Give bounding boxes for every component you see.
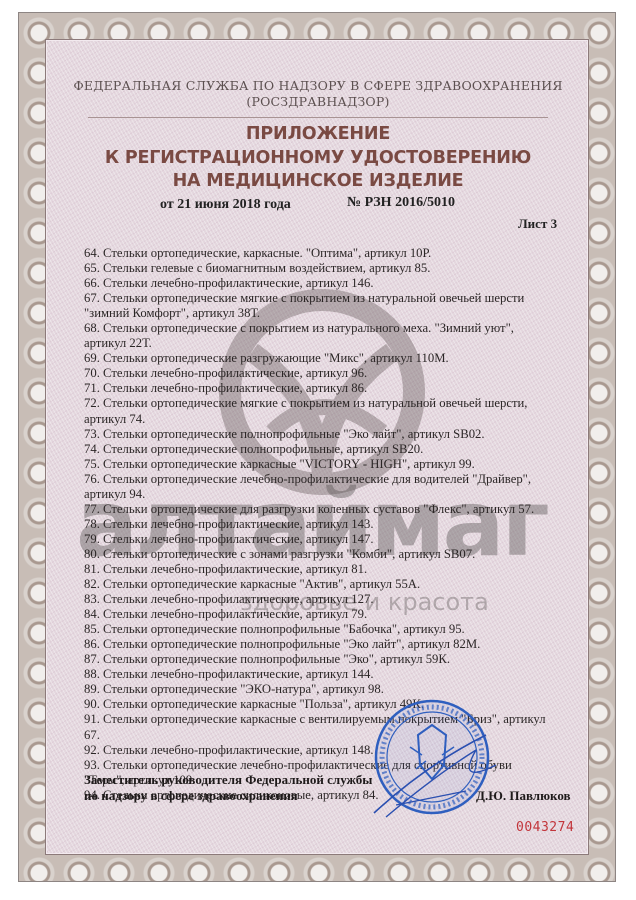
document-title-line-2: К РЕГИСТРАЦИОННОМУ УДОСТОВЕРЕНИЮ (0, 148, 636, 168)
registration-number: № РЗН 2016/5010 (347, 195, 455, 211)
list-item: 87. Стельки ортопедические полнопрофильн… (84, 652, 554, 667)
signatory-title-line-1: Заместитель руководителя Федеральной слу… (84, 772, 372, 788)
list-item: 72. Стельки ортопедические мягкие с покр… (84, 396, 554, 426)
list-item: 86. Стельки ортопедические полнопрофильн… (84, 637, 554, 652)
list-item: 70. Стельки лечебно-профилактические, ар… (84, 366, 554, 381)
list-item: 71. Стельки лечебно-профилактические, ар… (84, 381, 554, 396)
signatory-title-line-2: по надзору в сфере здравоохранения (84, 788, 298, 804)
list-item: 83. Стельки лечебно-профилактические, ар… (84, 592, 554, 607)
list-item: 66. Стельки лечебно-профилактические, ар… (84, 276, 554, 291)
official-seal-icon (366, 695, 501, 825)
serial-number: 0043274 (516, 820, 574, 835)
list-item: 79. Стельки лечебно-профилактические, ар… (84, 532, 554, 547)
list-item: 73. Стельки ортопедические полнопрофильн… (84, 427, 554, 442)
document-title-line-1: ПРИЛОЖЕНИЕ (0, 124, 636, 144)
list-item: 80. Стельки ортопедические с зонами разг… (84, 547, 554, 562)
agency-abbreviation: (РОСЗДРАВНАДЗОР) (0, 94, 636, 109)
agency-name: ФЕДЕРАЛЬНАЯ СЛУЖБА ПО НАДЗОРУ В СФЕРЕ ЗД… (0, 78, 636, 93)
list-item: 67. Стельки ортопедические мягкие с покр… (84, 291, 554, 321)
sheet-number: Лист 3 (518, 216, 557, 232)
list-item: 88. Стельки лечебно-профилактические, ар… (84, 667, 554, 682)
list-item: 64. Стельки ортопедические, каркасные. "… (84, 246, 554, 261)
issue-date: от 21 июня 2018 года (160, 197, 291, 213)
list-item: 76. Стельки ортопедические лечебно-профи… (84, 472, 554, 502)
header-divider (88, 117, 548, 118)
list-item: 84. Стельки лечебно-профилактические, ар… (84, 607, 554, 622)
list-item: 82. Стельки ортопедические каркасные "Ак… (84, 577, 554, 592)
list-item: 65. Стельки гелевые с биомагнитным возде… (84, 261, 554, 276)
list-item: 68. Стельки ортопедические с покрытием и… (84, 321, 554, 351)
list-item: 78. Стельки лечебно-профилактические, ар… (84, 517, 554, 532)
list-item: 75. Стельки ортопедические каркасные "VI… (84, 457, 554, 472)
list-item: 69. Стельки ортопедические разгружающие … (84, 351, 554, 366)
list-item: 77. Стельки ортопедические для разгрузки… (84, 502, 554, 517)
list-item: 74. Стельки ортопедические полнопрофильн… (84, 442, 554, 457)
certificate-content: ФЕДЕРАЛЬНАЯ СЛУЖБА ПО НАДЗОРУ В СФЕРЕ ЗД… (0, 0, 636, 900)
document-title-line-3: НА МЕДИЦИНСКОЕ ИЗДЕЛИЕ (0, 171, 636, 191)
list-item: 85. Стельки ортопедические полнопрофильн… (84, 622, 554, 637)
list-item: 81. Стельки лечебно-профилактические, ар… (84, 562, 554, 577)
